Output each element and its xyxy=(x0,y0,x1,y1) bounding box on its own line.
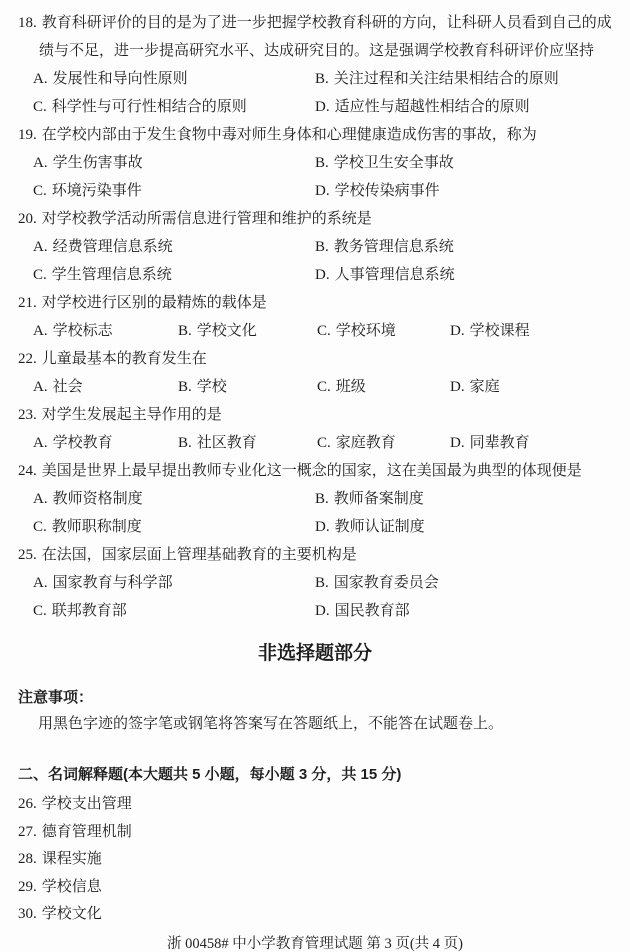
option-text: 教师职称制度 xyxy=(52,519,142,535)
option-text: 学校标志 xyxy=(53,323,113,339)
term-list: 26.学校支出管理27.德育管理机制28.课程实施29.学校信息30.学校文化 xyxy=(18,791,612,929)
option-label: D. xyxy=(315,603,330,619)
option-label: A. xyxy=(33,71,48,87)
option-text: 发展性和导向性原则 xyxy=(53,71,188,87)
options-grid: A.学生伤害事故B.学校卫生安全事故C.环境污染事件D.学校传染病事件 xyxy=(33,149,612,205)
option-c: C.科学性与可行性相结合的原则 xyxy=(33,93,315,121)
term-text: 学校信息 xyxy=(42,879,102,895)
option-d: D.同辈教育 xyxy=(450,429,612,457)
term-number: 26. xyxy=(18,796,37,812)
term-item: 27.德育管理机制 xyxy=(18,819,612,847)
option-text: 人事管理信息系统 xyxy=(335,267,455,283)
option-c: C.联邦教育部 xyxy=(33,597,315,625)
option-label: A. xyxy=(33,379,48,395)
option-text: 环境污染事件 xyxy=(52,183,142,199)
term-text: 学校文化 xyxy=(42,906,102,922)
option-text: 适应性与超越性相结合的原则 xyxy=(335,99,530,115)
option-c: C.学校环境 xyxy=(317,317,450,345)
question: 19.在学校内部由于发生食物中毒对师生身体和心理健康造成伤害的事故，称为A.学生… xyxy=(18,121,612,205)
option-a: A.学生伤害事故 xyxy=(33,149,315,177)
page-footer: 浙 00458# 中小学教育管理试题 第 3 页(共 4 页) xyxy=(18,933,612,952)
question-stem: 25.在法国，国家层面上管理基础教育的主要机构是 xyxy=(18,541,612,569)
question-text: 美国是世界上最早提出教师专业化这一概念的国家，这在美国最为典型的体现便是 xyxy=(42,463,582,479)
question-number: 18. xyxy=(18,15,37,31)
option-label: A. xyxy=(33,575,48,591)
option-label: A. xyxy=(33,155,48,171)
term-number: 27. xyxy=(18,824,37,840)
question: 18.教育科研评价的目的是为了进一步把握学校教育科研的方向，让科研人员看到自己的… xyxy=(18,9,612,121)
option-label: B. xyxy=(315,155,329,171)
question-text: 对学生发展起主导作用的是 xyxy=(42,407,222,423)
option-text: 学校卫生安全事故 xyxy=(334,155,454,171)
question-stem: 24.美国是世界上最早提出教师专业化这一概念的国家，这在美国最为典型的体现便是 xyxy=(18,457,612,485)
question: 23.对学生发展起主导作用的是A.学校教育B.社区教育C.家庭教育D.同辈教育 xyxy=(18,401,612,457)
option-a: A.教师资格制度 xyxy=(33,485,315,513)
option-label: B. xyxy=(178,435,192,451)
question-number: 22. xyxy=(18,351,37,367)
term-item: 28.课程实施 xyxy=(18,846,612,874)
option-d: D.学校传染病事件 xyxy=(315,177,612,205)
question-text: 在学校内部由于发生食物中毒对师生身体和心理健康造成伤害的事故，称为 xyxy=(42,127,537,143)
exam-page: 18.教育科研评价的目的是为了进一步把握学校教育科研的方向，让科研人员看到自己的… xyxy=(0,0,630,952)
option-text: 社会 xyxy=(53,379,83,395)
options-grid: A.发展性和导向性原则B.关注过程和关注结果相结合的原则C.科学性与可行性相结合… xyxy=(33,65,612,121)
option-label: D. xyxy=(315,267,330,283)
notice-title: 注意事项： xyxy=(18,685,612,711)
option-b: B.学校 xyxy=(178,373,317,401)
options-grid: A.学校标志B.学校文化C.学校环境D.学校课程 xyxy=(33,317,612,345)
option-label: D. xyxy=(315,99,330,115)
option-text: 教师备案制度 xyxy=(334,491,424,507)
option-label: C. xyxy=(317,323,331,339)
option-d: D.人事管理信息系统 xyxy=(315,261,612,289)
term-number: 30. xyxy=(18,906,37,922)
option-text: 国家教育与科学部 xyxy=(53,575,173,591)
option-label: B. xyxy=(315,239,329,255)
option-label: C. xyxy=(33,267,47,283)
option-c: C.教师职称制度 xyxy=(33,513,315,541)
option-text: 家庭教育 xyxy=(336,435,396,451)
term-text: 课程实施 xyxy=(42,851,102,867)
part2-header: 二、名词解释题(本大题共 5 小题，每小题 3 分，共 15 分) xyxy=(18,761,612,789)
option-label: C. xyxy=(33,519,47,535)
option-b: B.教师备案制度 xyxy=(315,485,612,513)
option-label: A. xyxy=(33,491,48,507)
option-b: B.教务管理信息系统 xyxy=(315,233,612,261)
option-d: D.适应性与超越性相结合的原则 xyxy=(315,93,612,121)
question-number: 24. xyxy=(18,463,37,479)
options-grid: A.教师资格制度B.教师备案制度C.教师职称制度D.教师认证制度 xyxy=(33,485,612,541)
term-number: 28. xyxy=(18,851,37,867)
option-text: 学校教育 xyxy=(53,435,113,451)
option-label: C. xyxy=(317,435,331,451)
option-label: C. xyxy=(33,99,47,115)
term-item: 30.学校文化 xyxy=(18,901,612,929)
option-a: A.发展性和导向性原则 xyxy=(33,65,315,93)
option-text: 学生管理信息系统 xyxy=(52,267,172,283)
option-text: 学生伤害事故 xyxy=(53,155,143,171)
option-text: 教师资格制度 xyxy=(53,491,143,507)
question-stem: 23.对学生发展起主导作用的是 xyxy=(18,401,612,429)
question-text: 儿童最基本的教育发生在 xyxy=(42,351,207,367)
option-label: C. xyxy=(33,603,47,619)
option-b: B.关注过程和关注结果相结合的原则 xyxy=(315,65,612,93)
option-text: 学校文化 xyxy=(197,323,257,339)
question: 25.在法国，国家层面上管理基础教育的主要机构是A.国家教育与科学部B.国家教育… xyxy=(18,541,612,625)
question-stem: 22.儿童最基本的教育发生在 xyxy=(18,345,612,373)
question-stem: 21.对学校进行区别的最精炼的载体是 xyxy=(18,289,612,317)
question: 22.儿童最基本的教育发生在A.社会B.学校C.班级D.家庭 xyxy=(18,345,612,401)
option-text: 班级 xyxy=(336,379,366,395)
option-text: 学校传染病事件 xyxy=(335,183,440,199)
option-b: B.学校卫生安全事故 xyxy=(315,149,612,177)
question: 24.美国是世界上最早提出教师专业化这一概念的国家，这在美国最为典型的体现便是A… xyxy=(18,457,612,541)
option-text: 联邦教育部 xyxy=(52,603,127,619)
option-d: D.国民教育部 xyxy=(315,597,612,625)
option-label: B. xyxy=(315,491,329,507)
question-text: 在法国，国家层面上管理基础教育的主要机构是 xyxy=(42,547,357,563)
notice-block: 注意事项： 用黑色字迹的签字笔或钢笔将答案写在答题纸上，不能答在试题卷上。 xyxy=(18,685,612,737)
option-label: C. xyxy=(33,183,47,199)
question-list: 18.教育科研评价的目的是为了进一步把握学校教育科研的方向，让科研人员看到自己的… xyxy=(18,9,612,625)
option-label: B. xyxy=(315,71,329,87)
option-text: 科学性与可行性相结合的原则 xyxy=(52,99,247,115)
option-label: D. xyxy=(450,379,465,395)
question: 20.对学校教学活动所需信息进行管理和维护的系统是A.经费管理信息系统B.教务管… xyxy=(18,205,612,289)
option-c: C.家庭教育 xyxy=(317,429,450,457)
option-label: B. xyxy=(315,575,329,591)
options-grid: A.经费管理信息系统B.教务管理信息系统C.学生管理信息系统D.人事管理信息系统 xyxy=(33,233,612,289)
option-text: 同辈教育 xyxy=(470,435,530,451)
question-number: 21. xyxy=(18,295,37,311)
option-text: 教务管理信息系统 xyxy=(334,239,454,255)
question-stem: 18.教育科研评价的目的是为了进一步把握学校教育科研的方向，让科研人员看到自己的… xyxy=(18,9,612,65)
option-b: B.学校文化 xyxy=(178,317,317,345)
question-text: 对学校进行区别的最精炼的载体是 xyxy=(42,295,267,311)
option-a: A.学校标志 xyxy=(33,317,178,345)
option-text: 关注过程和关注结果相结合的原则 xyxy=(334,71,559,87)
option-label: A. xyxy=(33,323,48,339)
question-number: 20. xyxy=(18,211,37,227)
option-c: C.学生管理信息系统 xyxy=(33,261,315,289)
options-grid: A.国家教育与科学部B.国家教育委员会C.联邦教育部D.国民教育部 xyxy=(33,569,612,625)
term-text: 德育管理机制 xyxy=(42,824,132,840)
option-label: A. xyxy=(33,239,48,255)
option-a: A.经费管理信息系统 xyxy=(33,233,315,261)
option-d: D.学校课程 xyxy=(450,317,612,345)
option-label: B. xyxy=(178,323,192,339)
question-number: 23. xyxy=(18,407,37,423)
option-label: B. xyxy=(178,379,192,395)
option-text: 社区教育 xyxy=(197,435,257,451)
question-number: 25. xyxy=(18,547,37,563)
term-item: 26.学校支出管理 xyxy=(18,791,612,819)
option-b: B.国家教育委员会 xyxy=(315,569,612,597)
question-text: 教育科研评价的目的是为了进一步把握学校教育科研的方向，让科研人员看到自己的成绩与… xyxy=(39,15,612,59)
option-text: 学校环境 xyxy=(336,323,396,339)
option-text: 教师认证制度 xyxy=(335,519,425,535)
option-text: 学校课程 xyxy=(470,323,530,339)
section-title: 非选择题部分 xyxy=(18,639,612,669)
option-a: A.国家教育与科学部 xyxy=(33,569,315,597)
option-label: D. xyxy=(315,183,330,199)
option-c: C.班级 xyxy=(317,373,450,401)
notice-body: 用黑色字迹的签字笔或钢笔将答案写在答题纸上，不能答在试题卷上。 xyxy=(18,711,612,737)
options-grid: A.社会B.学校C.班级D.家庭 xyxy=(33,373,612,401)
option-label: D. xyxy=(450,323,465,339)
option-label: C. xyxy=(317,379,331,395)
option-text: 国民教育部 xyxy=(335,603,410,619)
options-grid: A.学校教育B.社区教育C.家庭教育D.同辈教育 xyxy=(33,429,612,457)
option-label: A. xyxy=(33,435,48,451)
option-text: 家庭 xyxy=(470,379,500,395)
option-text: 经费管理信息系统 xyxy=(53,239,173,255)
option-b: B.社区教育 xyxy=(178,429,317,457)
question-stem: 20.对学校教学活动所需信息进行管理和维护的系统是 xyxy=(18,205,612,233)
option-c: C.环境污染事件 xyxy=(33,177,315,205)
question-stem: 19.在学校内部由于发生食物中毒对师生身体和心理健康造成伤害的事故，称为 xyxy=(18,121,612,149)
term-text: 学校支出管理 xyxy=(42,796,132,812)
option-a: A.社会 xyxy=(33,373,178,401)
option-text: 学校 xyxy=(197,379,227,395)
question-number: 19. xyxy=(18,127,37,143)
term-number: 29. xyxy=(18,879,37,895)
option-text: 国家教育委员会 xyxy=(334,575,439,591)
option-label: D. xyxy=(450,435,465,451)
question: 21.对学校进行区别的最精炼的载体是A.学校标志B.学校文化C.学校环境D.学校… xyxy=(18,289,612,345)
term-item: 29.学校信息 xyxy=(18,874,612,902)
option-d: D.教师认证制度 xyxy=(315,513,612,541)
question-text: 对学校教学活动所需信息进行管理和维护的系统是 xyxy=(42,211,372,227)
option-d: D.家庭 xyxy=(450,373,612,401)
option-label: D. xyxy=(315,519,330,535)
option-a: A.学校教育 xyxy=(33,429,178,457)
